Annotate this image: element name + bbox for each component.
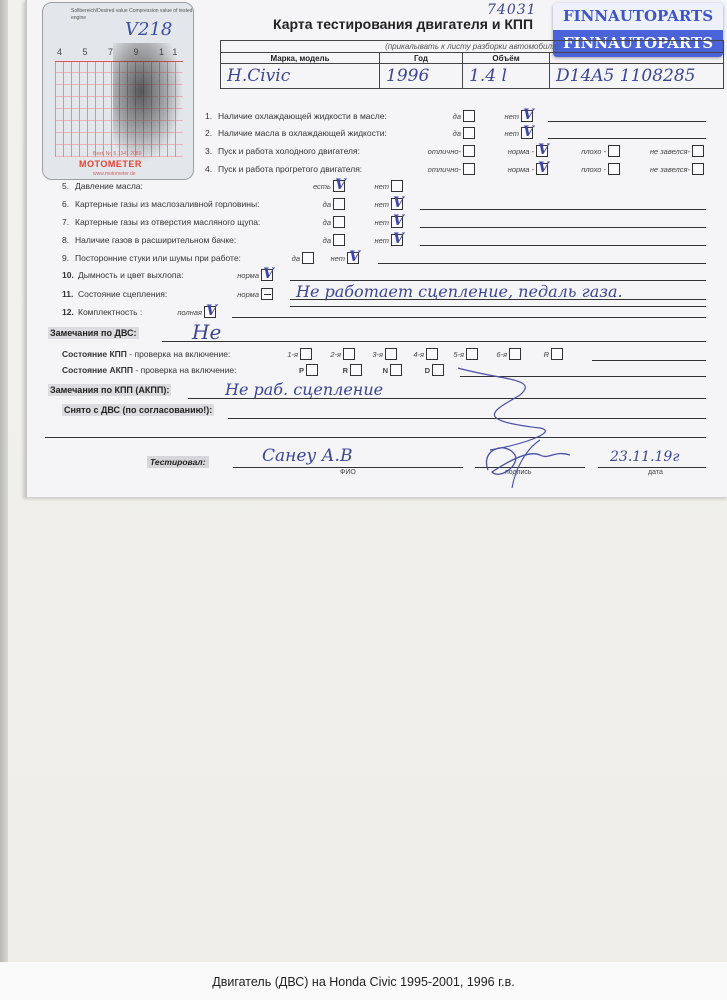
auto-gearbox-check-label: Состояние АКПП - проверка на включение: [62,365,236,375]
check-mark-icon: V [263,268,274,280]
check-number: 9. [62,253,69,263]
name-line [233,467,463,468]
gearbox-check-label-bold: Состояние КПП [62,349,127,359]
checkbox[interactable]: V [521,127,533,139]
check-label: Картерные газы из отверстия масляного щу… [75,217,260,227]
checkbox[interactable]: V [521,110,533,122]
gearbox-check-label: Состояние КПП - проверка на включение: [62,349,230,359]
checkbox[interactable]: V [391,234,403,246]
gearbox-remarks-value: Не раб. сцепление [225,380,383,399]
value-volume: 1.4 l [463,64,550,89]
check-label: Комплектность : [78,307,142,317]
value-make-model: H.Civic [221,64,380,89]
check-number: 10. [62,270,74,280]
check-mark-icon: V [393,215,404,227]
watermark-line-1: FINNAUTOPARTS [553,3,723,30]
check-note-line [420,245,706,246]
check-option-label: норма [201,290,259,299]
check-label: Наличие газов в расширительном бачке: [75,235,236,245]
check-mark-icon: V [206,305,217,317]
check-label: Наличие охлаждающей жидкости в масле: [218,111,387,121]
check-option-label: да [403,129,461,138]
checkbox[interactable] [391,180,403,192]
value-year: 1996 [380,64,463,89]
check-number: 12. [62,307,74,317]
check-option-label: норма - [476,147,534,156]
motometer-handwritten-number: V218 [125,19,172,40]
signature-caption: подпись [505,469,531,476]
check-note-line [232,317,706,318]
gear-checkbox[interactable] [551,348,563,360]
check-number: 5. [62,181,69,191]
date-caption: дата [648,469,663,476]
check-option-label: не завелся- [632,165,690,174]
check-note-line [290,280,706,281]
gear-option-label: 1-я [260,350,298,359]
check-label: Пуск и работа прогретого двигателя: [218,164,362,174]
check-number: 8. [62,235,69,245]
motometer-ref: Best. Nr. 5.1341 2080 [93,151,141,157]
header-volume: Объём [463,53,550,64]
vehicle-table: (прикалывать к листу разборки автомобиля… [220,40,724,89]
scan-edge [0,0,8,962]
tested-by-label: Тестировал: [147,456,209,468]
check-note-line [548,138,706,139]
check-number: 4. [205,164,212,174]
checkbox[interactable]: V [391,216,403,228]
checkbox[interactable] [261,288,273,300]
auto-gearbox-check-label-bold: Состояние АКПП [62,365,133,375]
check-number: 6. [62,199,69,209]
check-label: Состояние сцепления: [78,289,167,299]
check-note-line [378,263,706,264]
auto-gearbox-check-line [460,376,706,377]
motometer-website: www.motometer.de [93,171,136,177]
gear-option-label: 2-я [303,350,341,359]
check-option-label: нет [331,182,389,191]
header-year: Год [380,53,463,64]
check-label: Наличие масла в охлаждающей жидкости: [218,128,387,138]
image-caption: Двигатель (ДВС) на Honda Civic 1995-2001… [0,962,727,1000]
vehicle-table-note: (прикалывать к листу разборки автомобиля… [221,41,724,53]
check-option-label: да [403,112,461,121]
check-option-label: не завелся- [632,147,690,156]
gear-option-label: 5-я [426,350,464,359]
checkbox[interactable] [692,163,704,175]
check-option-label: плохо - [548,165,606,174]
divider-line [45,437,706,438]
date-line [598,467,706,468]
check-option-label: норма - [476,165,534,174]
checkbox[interactable] [608,145,620,157]
removed-from-engine-label: Снято с ДВС (по согласованию!): [62,404,214,416]
check-option-label: нет [331,200,389,209]
check-label: Картерные газы из маслозаливной горловин… [75,199,259,209]
gear-option-label: 4-я [386,350,424,359]
engine-remarks-line [162,341,706,342]
check-option-label: да [273,236,331,245]
check-note-line [548,121,706,122]
auto-gearbox-check-label-rest: - проверка на включение: [133,365,236,375]
check-option-label: нет [331,218,389,227]
name-caption: ФИО [340,469,356,476]
gearbox-remarks-label: Замечания по КПП (АКПП): [48,384,171,396]
check-mark-icon: V [349,251,360,263]
checkbox[interactable] [692,145,704,157]
auto-gear-option-label: R [310,366,348,375]
header-make-model: Марка, модель [221,53,380,64]
checkbox[interactable]: V [204,306,216,318]
auto-gear-option-label: N [350,366,388,375]
check-label: Давление масла: [75,181,143,191]
check-number: 3. [205,146,212,156]
engine-remarks-value: Не [192,320,221,344]
check-option-label: нет [331,236,389,245]
checkbox[interactable]: V [261,269,273,281]
gear-option-label: 3-я [345,350,383,359]
auto-gear-checkbox[interactable] [432,364,444,376]
checkbox[interactable] [463,163,475,175]
gear-option-label: R [511,350,549,359]
dash-mark-icon [264,294,271,295]
checkbox[interactable] [608,163,620,175]
header-engine-number [550,53,724,64]
check-option-label: нет [461,112,519,121]
auto-gear-option-label: D [392,366,430,375]
check-option-label: отлично- [403,165,461,174]
check-note-line [290,306,706,307]
check-mark-icon: V [393,197,404,209]
check-option-label: да [273,200,331,209]
engine-remarks-label: Замечания по ДВС: [48,327,139,339]
check-note-line [420,227,706,228]
tester-name: Санеу А.В [262,446,352,466]
check-option-label: полная [144,308,202,317]
auto-gear-option-label: P [266,366,304,375]
check-option-label: норма [201,271,259,280]
motometer-card: Sollbereich/Desired value Compression va… [42,2,194,180]
checkbox[interactable] [463,145,475,157]
motometer-logo: MOTOMETER [79,159,142,169]
check-note-line [420,209,706,210]
gearbox-check-line [592,360,706,361]
checkbox[interactable]: V [391,198,403,210]
check-note-text: Не работает сцепление, педаль газа. [296,282,623,301]
test-date: 23.11.19г [610,449,679,465]
check-option-label: нет [461,129,519,138]
check-option-label: есть [273,182,331,191]
checkbox[interactable]: V [536,163,548,175]
removed-from-engine-line [228,418,706,419]
checkbox[interactable]: V [347,252,359,264]
value-engine-number: D14A5 1108285 [550,64,724,89]
check-number: 11. [62,289,73,299]
check-option-label: отлично- [403,147,461,156]
check-mark-icon: V [523,126,534,138]
signature-line [475,467,585,468]
check-number: 7. [62,217,69,227]
page-title: Карта тестирования двигателя и КПП [273,16,533,32]
check-label: Пуск и работа холодного двигателя: [218,146,360,156]
check-number: 1. [205,111,212,121]
check-mark-icon: V [523,109,534,121]
gearbox-check-label-rest: - проверка на включение: [127,349,230,359]
check-mark-icon: V [393,233,404,245]
motometer-trace [113,43,183,163]
checkbox[interactable]: V [536,145,548,157]
check-label: Дымность и цвет выхлопа: [78,270,184,280]
check-option-label: нет [287,254,345,263]
gear-option-label: 6-я [469,350,507,359]
check-label: Посторонние стуки или шумы при работе: [75,253,241,263]
check-option-label: да [273,218,331,227]
check-option-label: плохо - [548,147,606,156]
check-number: 2. [205,128,212,138]
